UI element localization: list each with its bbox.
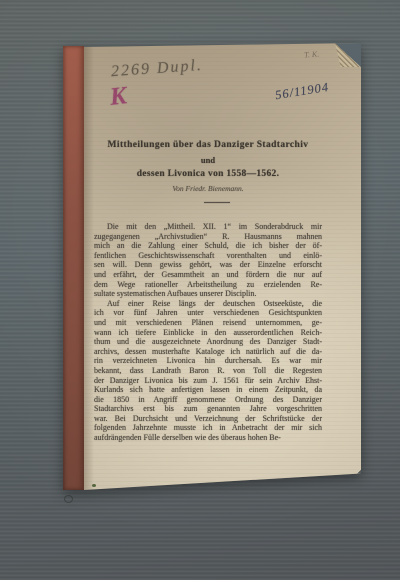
annotation-ink-number: 56/11904 <box>274 80 330 103</box>
fold-bottom-right <box>339 470 361 490</box>
dogear-top-right <box>335 43 361 67</box>
background-speck <box>64 495 73 503</box>
dogear-cut <box>335 43 361 67</box>
booklet-spine <box>63 46 84 490</box>
document-title-line2: und <box>94 155 322 165</box>
body-paragraph-1: Die mit den „Mittheil. XII. 1“ im Sonder… <box>94 222 322 299</box>
title-block: Mittheilungen über das Danziger Stadtarc… <box>94 140 322 203</box>
body-text: Die mit den „Mittheil. XII. 1“ im Sonder… <box>94 222 322 443</box>
document-byline: Von Friedr. Bienemann. <box>94 184 322 193</box>
photo-background: 2269 Dupl. K 56/11904 T. K. Mittheilunge… <box>0 0 400 580</box>
booklet: 2269 Dupl. K 56/11904 T. K. Mittheilunge… <box>63 43 361 490</box>
page-speck <box>92 484 96 487</box>
annotation-pencil-number: 2269 Dupl. <box>110 57 203 81</box>
title-page: 2269 Dupl. K 56/11904 T. K. Mittheilunge… <box>84 43 361 490</box>
document-title-line3: dessen Livonica von 1558—1562. <box>94 169 322 179</box>
document-title-line1: Mittheilungen über das Danziger Stadtarc… <box>94 140 322 150</box>
annotation-red-letter: K <box>109 82 129 112</box>
fold-cut <box>339 470 361 490</box>
annotation-pencil-initials: T. K. <box>304 49 320 59</box>
title-divider-rule <box>204 202 230 203</box>
gutter-shadow <box>84 43 94 490</box>
body-paragraph-2: Auf einer Reise längs der deutschen Osts… <box>94 299 322 443</box>
